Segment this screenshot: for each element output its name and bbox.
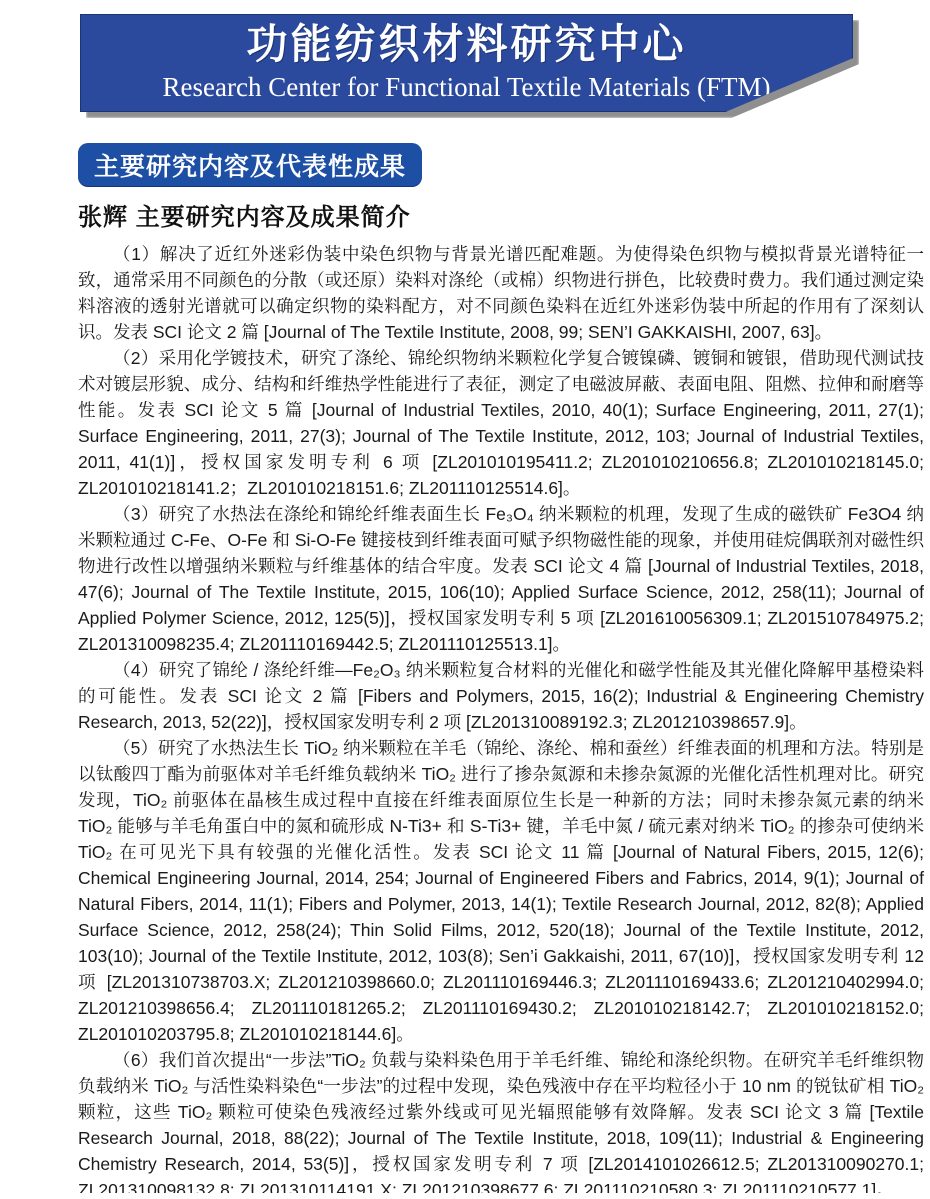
section-badge: 主要研究内容及代表性成果 bbox=[78, 143, 422, 186]
section-badge-label: 主要研究内容及代表性成果 bbox=[94, 147, 406, 183]
center-title-cn: 功能纺织材料研究中心 bbox=[247, 18, 687, 70]
paragraph-6: （6）我们首次提出“一步法”TiO₂ 负载与染料染色用于羊毛纤维、锦纶和涤纶织物… bbox=[78, 1047, 924, 1193]
paragraph-2: （2）采用化学镀技术，研究了涤纶、锦纶织物纳米颗粒化学复合镀镍磷、镀铜和镀银，借… bbox=[78, 345, 924, 501]
banner-plate: 功能纺织材料研究中心 Research Center for Functiona… bbox=[80, 14, 853, 112]
paragraph-4: （4）研究了锦纶 / 涤纶纤维—Fe₂O₃ 纳米颗粒复合材料的光催化和磁学性能及… bbox=[78, 657, 924, 735]
content-body: （1）解决了近红外迷彩伪装中染色织物与背景光谱匹配难题。为使得染色织物与模拟背景… bbox=[78, 241, 924, 1193]
header-banner: 功能纺织材料研究中心 Research Center for Functiona… bbox=[80, 14, 853, 112]
paragraph-3: （3）研究了水热法在涤纶和锦纶纤维表面生长 Fe₃O₄ 纳米颗粒的机理，发现了生… bbox=[78, 501, 924, 657]
paragraph-1: （1）解决了近红外迷彩伪装中染色织物与背景光谱匹配难题。为使得染色织物与模拟背景… bbox=[78, 241, 924, 345]
paragraph-5: （5）研究了水热法生长 TiO₂ 纳米颗粒在羊毛（锦纶、涤纶、棉和蚕丝）纤维表面… bbox=[78, 735, 924, 1047]
center-title-en: Research Center for Functional Textile M… bbox=[163, 70, 771, 104]
page-heading: 张辉 主要研究内容及成果简介 bbox=[78, 197, 411, 232]
